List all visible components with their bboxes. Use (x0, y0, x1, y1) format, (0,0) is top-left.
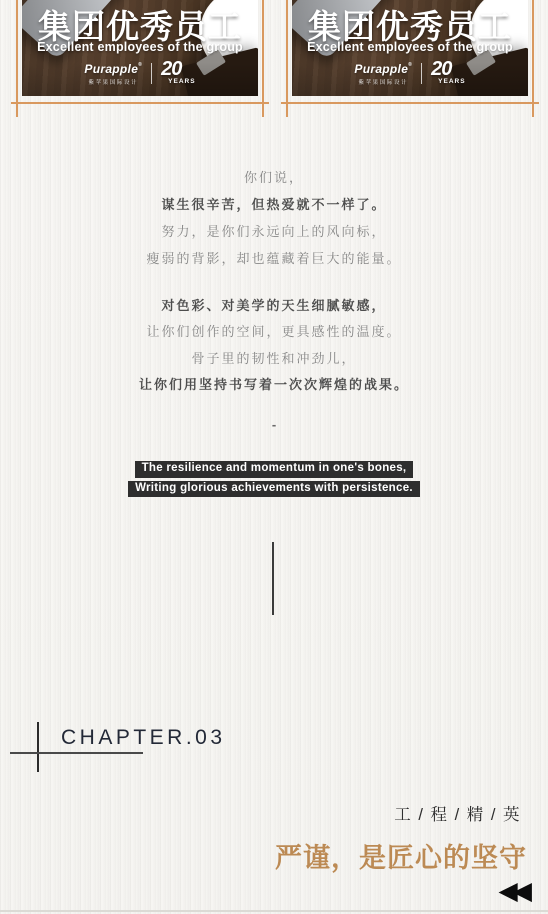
anniversary-number: 20 (431, 62, 465, 77)
poem-line-7: 骨子里的韧性和冲劲儿， (0, 348, 548, 367)
frame-left-line (16, 0, 18, 117)
frame-left-line (286, 0, 288, 117)
page-bottom-divider (0, 910, 548, 912)
employee-banner-photo[interactable]: 集团优秀员工 Excellent employees of the group … (292, 0, 528, 96)
brand-logo: Purapple® 紫苹果国际设计 (354, 62, 412, 86)
anniversary-logo: 20 YEARS (431, 62, 465, 85)
brand-logo: Purapple® 紫苹果国际设计 (84, 62, 142, 86)
employee-banner-photo[interactable]: 集团优秀员工 Excellent employees of the group … (22, 0, 258, 96)
poem-line-4: 瘦弱的背影，却也蕴藏着巨大的能量。 (0, 248, 548, 267)
rewind-arrows-icon[interactable]: ◀◀ (499, 876, 527, 906)
chapter-heading: CHAPTER.03 (61, 726, 226, 750)
poem-line-3: 努力，是你们永远向上的风向标， (0, 221, 548, 240)
registered-mark: ® (408, 62, 412, 68)
footer-category-label: 工 / 程 / 精 / 英 (394, 801, 521, 825)
english-quote: The resilience and momentum in one's bon… (0, 459, 548, 498)
brand-name: Purapple (354, 62, 408, 76)
vertical-divider-line (272, 542, 274, 615)
brand-subtitle: 紫苹果国际设计 (84, 78, 142, 86)
chapter-cross-horizontal-line (10, 752, 143, 754)
registered-mark: ® (138, 62, 142, 68)
frame-right-line (262, 0, 264, 117)
brand-subtitle: 紫苹果国际设计 (354, 78, 412, 86)
poem-line-8: 让你们用坚持书写着一次次辉煌的战果。 (0, 374, 548, 393)
poem-line-5: 对色彩、对美学的天生细腻敏感， (0, 295, 548, 314)
banner-logo-row: Purapple® 紫苹果国际设计 20 YEARS (292, 62, 528, 86)
employee-banner-right: 集团优秀员工 Excellent employees of the group … (281, 0, 539, 118)
section-dash: - (0, 417, 548, 432)
banner-title-en: Excellent employees of the group (292, 40, 528, 54)
footer-slogan: 严谨，是匠心的坚守 (275, 836, 527, 875)
anniversary-number: 20 (161, 62, 195, 77)
quote-line-1: The resilience and momentum in one's bon… (135, 461, 414, 478)
anniversary-logo: 20 YEARS (161, 62, 195, 85)
frame-right-line (532, 0, 534, 117)
banner-title-en: Excellent employees of the group (22, 40, 258, 54)
employee-banner-left: 集团优秀员工 Excellent employees of the group … (11, 0, 269, 118)
quote-line-2: Writing glorious achievements with persi… (128, 481, 420, 498)
logo-divider (151, 63, 152, 84)
anniversary-label: YEARS (168, 78, 195, 85)
chapter-cross-vertical-line (37, 722, 39, 772)
anniversary-label: YEARS (438, 78, 465, 85)
poem-line-2: 谋生很辛苦，但热爱就不一样了。 (0, 194, 548, 213)
banner-logo-row: Purapple® 紫苹果国际设计 20 YEARS (22, 62, 258, 86)
poem-line-6: 让你们创作的空间，更具感性的温度。 (0, 321, 548, 340)
poem-line-1: 你们说， (0, 167, 548, 186)
frame-bottom-line (281, 102, 539, 104)
brand-name: Purapple (84, 62, 138, 76)
frame-bottom-line (11, 102, 269, 104)
logo-divider (421, 63, 422, 84)
article-page: 集团优秀员工 Excellent employees of the group … (0, 0, 548, 914)
